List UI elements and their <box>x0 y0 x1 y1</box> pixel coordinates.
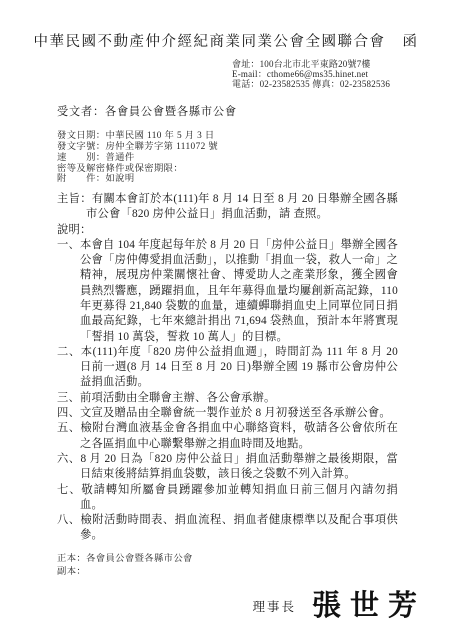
contact-phone-fax: 電話：02-23582535 傳真：02-23582536 <box>232 80 452 90</box>
letter-body: 主旨：有關本會訂於本(111)年 8 月 14 日至 8 月 20 日舉辦全國各… <box>57 192 398 544</box>
recipient-line: 受文者：各會員公會暨各縣市公會 <box>57 103 452 119</box>
official-letter-page: 中華民國不動產仲介經紀商業同業公會全國聯合會函 會址：100台北市北平東路20號… <box>0 0 452 640</box>
contact-block: 會址：100台北市北平東路20號7樓 E-mail：cthome66@ms35.… <box>232 60 452 89</box>
explanation-item-2: 二、本(111)年度「820 房仲公益捐血週」，時間訂為 111 年 8 月 2… <box>57 345 398 391</box>
meta-block: 發文日期：中華民國 110 年 5 月 3 日 發文字號：房仲全聯芳字第 111… <box>57 131 452 185</box>
explanation-item-4: 四、文宣及贈品由全聯會統一製作並於 8 月初發送至各承辦公會。 <box>57 406 398 421</box>
meta-delivery-speed: 速 別：普通件 <box>57 153 452 164</box>
organization-name: 中華民國不動產仲介經紀商業同業公會全國聯合會 <box>34 34 386 50</box>
meta-issue-date: 發文日期：中華民國 110 年 5 月 3 日 <box>57 131 452 142</box>
explanation-item-1: 一、本會自 104 年度起每年於 8 月 20 日「房仲公益日」舉辦全國各公會「… <box>57 238 398 345</box>
duplicate-copy-line: 副本： <box>57 566 452 579</box>
signature-row: 理事長 張世芳 <box>0 583 426 624</box>
explanation-item-6: 六、8 月 20 日為「820 房仲公益日」捐血活動舉辦之最後期限，當日結束後將… <box>57 452 398 483</box>
signer-name: 張世芳 <box>312 583 426 624</box>
explanation-item-7: 七、敬請轉知所屬會員踴躍參加並轉知捐血日前三個月內請勿捐血。 <box>57 483 398 514</box>
letter-title-row: 中華民國不動產仲介經紀商業同業公會全國聯合會函 <box>0 30 452 51</box>
explanation-label: 說明： <box>57 223 398 238</box>
explanation-item-5: 五、檢附台灣血液基金會各捐血中心聯絡資料，敬請各公會依所在之各區捐血中心聯繫舉辦… <box>57 421 398 452</box>
subject-paragraph: 主旨：有關本會訂於本(111)年 8 月 14 日至 8 月 20 日舉辦全國各… <box>57 192 398 223</box>
meta-secrecy-level: 密等及解密條件或保密期限： <box>57 164 452 175</box>
document-type-label: 函 <box>403 30 419 51</box>
original-copy-line: 正本：各會員公會暨各縣市公會 <box>57 553 452 566</box>
signer-title: 理事長 <box>252 591 296 615</box>
explanation-item-3: 三、前項活動由全聯會主辦、各公會承辦。 <box>57 391 398 406</box>
meta-doc-number: 發文字號：房仲全聯芳字第 111072 號 <box>57 142 452 153</box>
explanation-item-8: 八、檢附活動時間表、捐血流程、捐血者健康標準以及配合事項供參。 <box>57 513 398 544</box>
meta-attachment: 附 件：如說明 <box>57 174 452 185</box>
copies-block: 正本：各會員公會暨各縣市公會 副本： <box>57 553 452 579</box>
